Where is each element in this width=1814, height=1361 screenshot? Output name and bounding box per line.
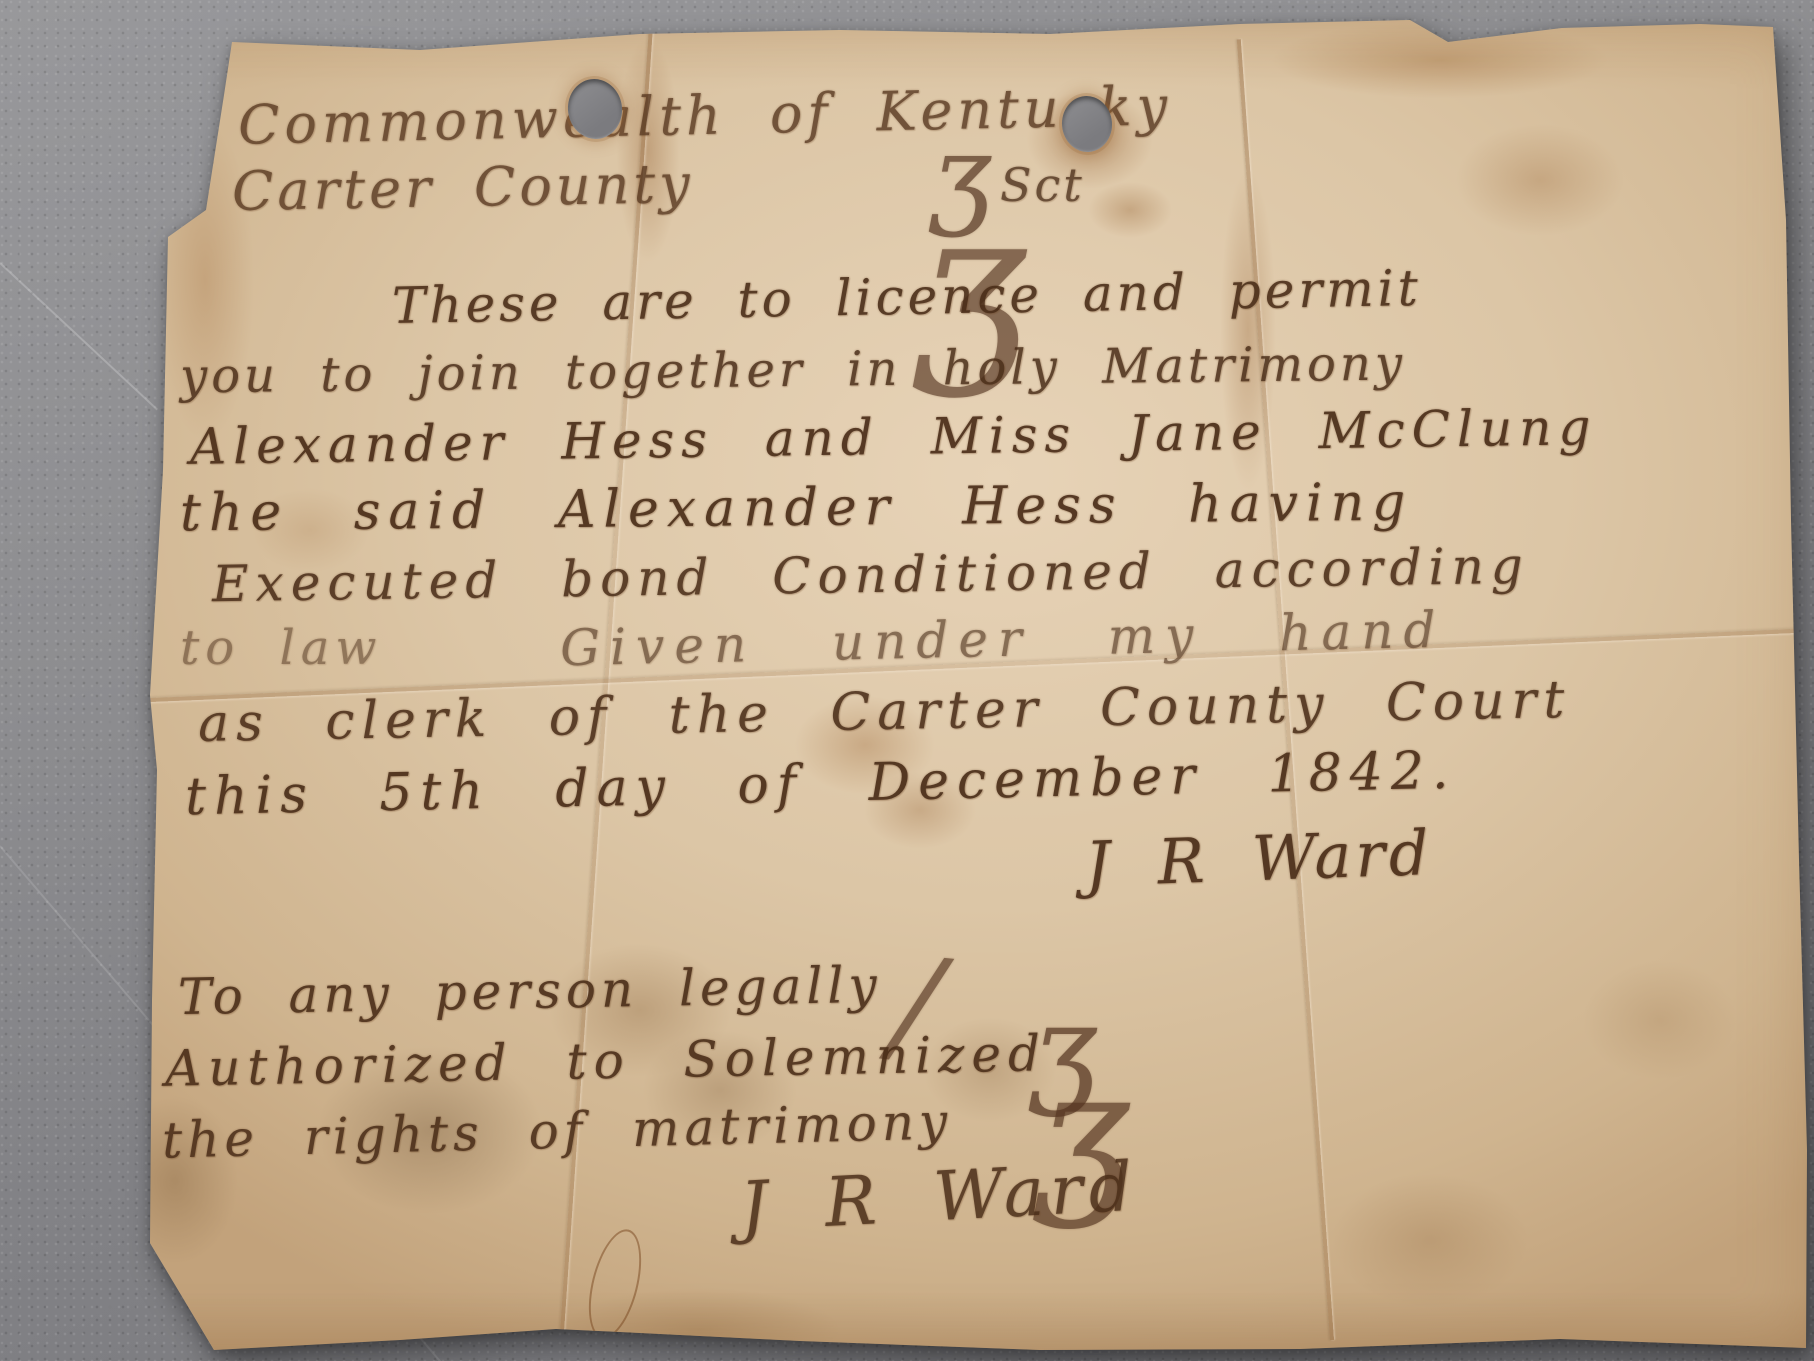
document-paper-wrapper: Commonwealth of Kentucky Carter County ʒ… [0,0,1814,1361]
handwritten-line: to law [180,620,383,676]
handwritten-line: To any person legally [178,956,883,1026]
handwritten-line: the said Alexander Hess having [180,473,1414,544]
clerk-signature: J R Ward [1084,816,1434,901]
handwritten-line-county: Carter County [231,152,694,223]
document-paper: Commonwealth of Kentucky Carter County ʒ… [0,0,1814,1361]
photo-scene: Commonwealth of Kentucky Carter County ʒ… [0,0,1814,1361]
